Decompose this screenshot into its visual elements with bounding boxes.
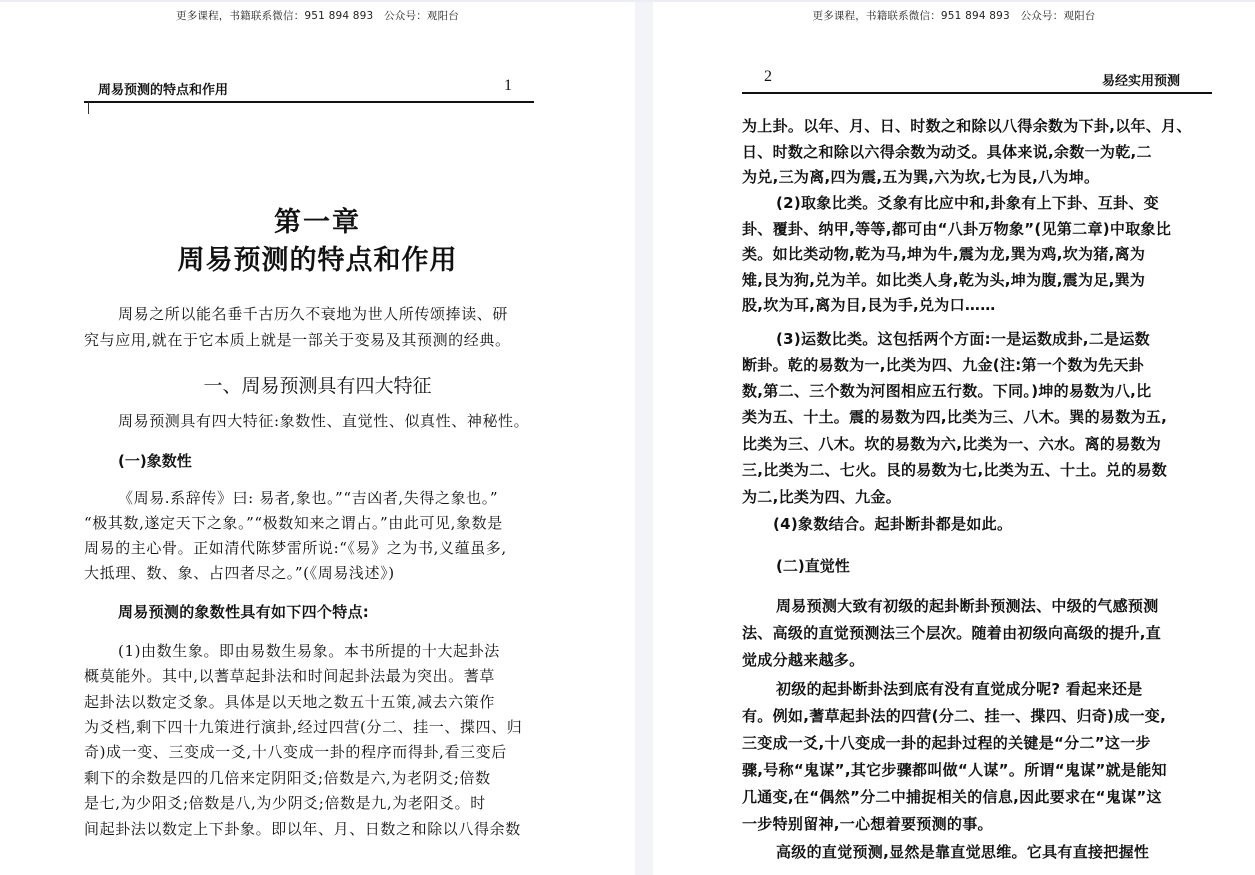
body-line: 间起卦法以数定上下卦象。即以年、月、日数之和除以八得余数 [84,819,521,839]
body-line: 几通变,在“偶然”分二中捕捉相关的信息,因此要求在“鬼谋”这 [742,787,1162,807]
body-line: 究与应用,就在于它本质上就是一部关于变易及其预测的经典。 [84,330,511,350]
body-line: 起卦法以数定爻象。具体是以天地之数五十五策,减去六策作 [84,692,495,712]
body-line: 法、高级的直觉预测法三个层次。随着由初级向高级的提升,直 [742,623,1161,643]
subsection-heading: (一)象数性 [118,450,192,471]
body-line: 数,第二、三个数为河图相应五行数。下同。)坤的易数为八,比 [742,381,1151,401]
body-line: 断卦。乾的易数为一,比类为四、九金(注:第一个数为先天卦 [742,355,1144,375]
body-line: 比类为三、八木。坎的易数为六,比类为一、六水。离的易数为 [742,434,1161,454]
body-line: 周易的主心骨。正如清代陈梦雷所说:“《易》之为书,义蕴虽多, [84,538,507,558]
body-line: (1)由数生象。即由易数生易象。本书所提的十大起卦法 [118,641,500,661]
page-number: 2 [764,68,772,86]
watermark-text: 更多课程，书籍联系微信：951 894 893 公众号：观阳台 [0,8,635,23]
body-line: 初级的起卦断卦法到底有没有直觉成分呢? 看起来还是 [776,679,1142,699]
body-line: 骤,号称“鬼谋”,其它步骤都叫做“人谋”。所谓“鬼谋”就是能知 [742,760,1167,780]
body-line: (3)运数比类。这包括两个方面:一是运数成卦,二是运数 [776,329,1150,349]
page-2: 更多课程，书籍联系微信：951 894 893 公众号：观阳台 2 易经实用预测… [653,2,1255,875]
body-line: 周易预测具有四大特征:象数性、直觉性、似真性、神秘性。 [118,411,529,431]
body-line: 周易预测大致有初级的起卦断卦预测法、中级的气感预测 [776,596,1159,616]
body-line: 奇)成一变、三变成一爻,十八变成一卦的程序而得卦,看三变后 [84,742,507,762]
body-line: “极其数,遂定天下之象。”“极数知来之谓占。”由此可见,象数是 [84,513,503,533]
body-line: 卦、覆卦、纳甲,等等,都可由“八卦万物象”(见第二章)中取象比 [742,219,1171,239]
chapter-number: 第一章 [0,200,635,239]
header-rule [742,92,1212,94]
body-line: 为爻档,剩下四十九策进行演卦,经过四营(分二、挂一、揲四、归 [84,717,522,737]
page-number: 1 [504,77,512,95]
body-line: (4)象数结合。起卦断卦都是如此。 [773,514,1012,534]
body-line: 为兑,三为离,四为震,五为巽,六为坎,七为艮,八为坤。 [742,167,1099,187]
body-line: 大抵理、数、象、占四者尽之。”(《周易浅述》) [84,563,395,583]
page-1: 更多课程，书籍联系微信：951 894 893 公众号：观阳台 周易预测的特点和… [0,2,635,875]
section-title: 一、周易预测具有四大特征 [0,371,635,398]
body-line: 有。例如,蓍草起卦法的四营(分二、挂一、揲四、归奇)成一变, [742,706,1166,726]
body-line: 日、时数之和除以六得余数为动爻。具体来说,余数一为乾,二 [742,142,1152,162]
subsection-heading: (二)直觉性 [776,555,850,576]
body-line: 股,坎为耳,离为目,艮为手,兑为口…… [742,295,996,315]
body-line: 高级的直觉预测,显然是靠直觉思维。它具有直接把握性 [776,842,1149,862]
body-line: 周易之所以能名垂千古历久不衰地为世人所传颂捧读、研 [118,304,508,324]
body-line: 剩下的余数是四的几倍来定阴阳爻;倍数是六,为老阴爻;倍数 [84,768,491,788]
body-line: 觉成分越来越多。 [742,650,864,670]
body-line: 类。如比类动物,乾为马,坤为牛,震为龙,巽为鸡,坎为猪,离为 [742,244,1145,264]
header-rule [84,101,534,103]
body-line: 为上卦。以年、月、日、时数之和除以八得余数为下卦,以年、月、 [742,116,1192,136]
points-heading: 周易预测的象数性具有如下四个特点: [118,602,369,622]
running-head: 周易预测的特点和作用 [98,79,228,98]
margin-mark [88,102,89,114]
body-line: 一步特别留神,一心想着要预测的事。 [742,814,993,834]
watermark-text: 更多课程，书籍联系微信：951 894 893 公众号：观阳台 [653,8,1255,23]
body-line: 《周易.系辞传》曰: 易者,象也。”“吉凶者,失得之象也。” [118,488,498,508]
body-line: 类为五、十土。震的易数为四,比类为三、八木。巽的易数为五, [742,407,1167,427]
body-line: 三,比类为二、七火。艮的易数为七,比类为五、十土。兑的易数 [742,460,1167,480]
body-line: 概莫能外。其中,以蓍草起卦法和时间起卦法最为突出。蓍草 [84,666,495,686]
body-line: 雉,艮为狗,兑为羊。如比类人身,乾为头,坤为腹,震为足,巽为 [742,270,1145,290]
body-line: (2)取象比类。爻象有比应中和,卦象有上下卦、互卦、变 [776,193,1159,213]
body-line: 三变成一爻,十八变成一卦的起卦过程的关键是“分二”这一步 [742,733,1151,753]
body-line: 是七,为少阳爻;倍数是八,为少阴爻;倍数是九,为老阳爻。时 [84,793,486,813]
body-line: 为二,比类为四、九金。 [742,487,901,507]
chapter-title: 周易预测的特点和作用 [0,238,635,277]
running-head: 易经实用预测 [1102,70,1180,89]
